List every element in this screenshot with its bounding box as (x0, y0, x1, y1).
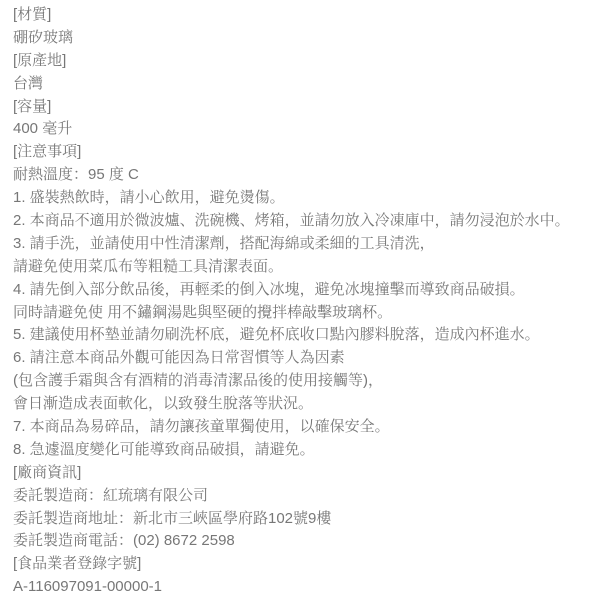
section-label-registration: [食品業者登錄字號] (13, 553, 590, 576)
manufacturer-name: 委託製造商：紅琉璃有限公司 (13, 485, 590, 508)
section-label-material: [材質] (13, 4, 590, 27)
material-value: 硼矽玻璃 (13, 27, 590, 50)
manufacturer-address: 委託製造商地址：新北市三峽區學府路102號9樓 (13, 508, 590, 531)
capacity-value: 400 毫升 (13, 118, 590, 141)
precaution-item-8: 8. 急遽溫度變化可能導致商品破損，請避免。 (13, 439, 590, 462)
precaution-item-7: 7. 本商品為易碎品，請勿讓孩童單獨使用，以確保安全。 (13, 416, 590, 439)
precaution-item-4-cont: 同時請避免使 用不鏽鋼湯匙與堅硬的攪拌棒敲擊玻璃杯。 (13, 302, 590, 325)
manufacturer-phone: 委託製造商電話：(02) 8672 2598 (13, 530, 590, 553)
origin-value: 台灣 (13, 73, 590, 96)
section-label-origin: [原產地] (13, 50, 590, 73)
product-description: [材質] 硼矽玻璃 [原產地] 台灣 [容量] 400 毫升 [注意事項] 耐熱… (0, 0, 600, 600)
section-label-capacity: [容量] (13, 96, 590, 119)
precaution-item-3: 3. 請手洗，並請使用中性清潔劑，搭配海綿或柔細的工具清洗， (13, 233, 590, 256)
precaution-item-6: 6. 請注意本商品外觀可能因為日常習慣等人為因素 (13, 347, 590, 370)
precaution-item-2: 2. 本商品不適用於微波爐、洗碗機、烤箱，並請勿放入冷凍庫中，請勿浸泡於水中。 (13, 210, 590, 233)
section-label-precautions: [注意事項] (13, 141, 590, 164)
precaution-item-3-cont: 請避免使用菜瓜布等粗糙工具清潔表面。 (13, 256, 590, 279)
precaution-item-6-cont-1: (包含護手霜與含有酒精的消毒清潔品後的使用接觸等)， (13, 370, 590, 393)
registration-number: A-116097091-00000-1 (13, 576, 590, 599)
heat-tolerance-line: 耐熱溫度：95 度 C (13, 164, 590, 187)
precaution-item-5: 5. 建議使用杯墊並請勿刷洗杯底，避免杯底收口點內膠料脫落，造成內杯進水。 (13, 324, 590, 347)
precaution-item-1: 1. 盛裝熱飲時，請小心飲用，避免燙傷。 (13, 187, 590, 210)
precaution-item-6-cont-2: 會日漸造成表面軟化，以致發生脫落等狀況。 (13, 393, 590, 416)
section-label-manufacturer: [廠商資訊] (13, 462, 590, 485)
precaution-item-4: 4. 請先倒入部分飲品後，再輕柔的倒入冰塊，避免冰塊撞擊而導致商品破損。 (13, 279, 590, 302)
